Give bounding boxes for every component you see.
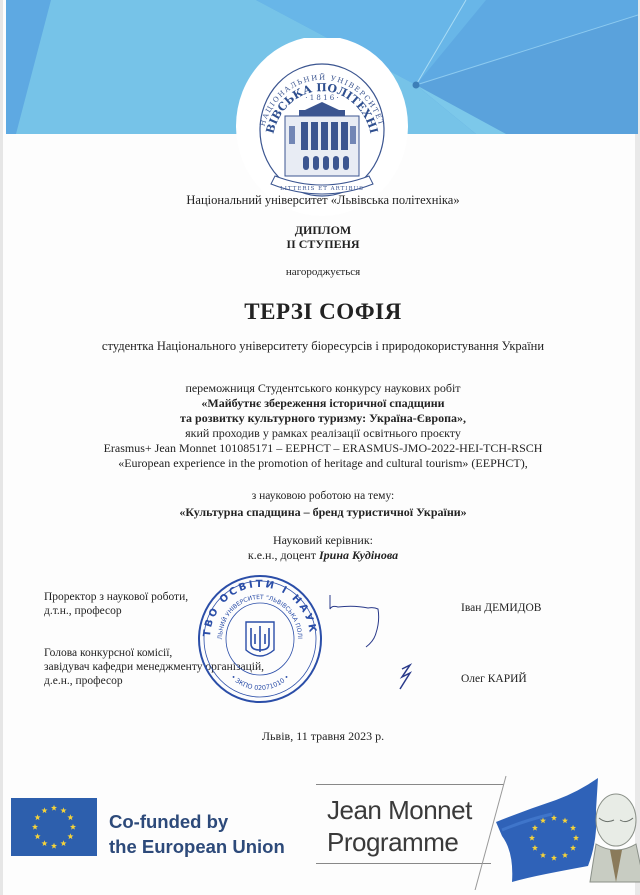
achievement-line: переможниця Студентського конкурсу науко… (3, 381, 640, 396)
recipient-name: ТЕРЗІ СОФІЯ (3, 299, 640, 325)
svg-text:LITTERIS ET ARTIBUS: LITTERIS ET ARTIBUS (280, 186, 364, 192)
signature-icon (318, 595, 438, 695)
signatory-1-position: Проректор з наукової роботи, д.т.н., про… (44, 590, 188, 618)
awarded-label: нагороджується (3, 266, 640, 278)
place-and-date: Львів, 11 травня 2023 р. (3, 729, 640, 744)
signatory-1-position-line2: д.т.н., професор (44, 604, 188, 618)
project-code: Erasmus+ Jean Monnet 101085171 – EEPHCT … (3, 441, 640, 456)
project-line1: який проходив у рамках реалізації освітн… (3, 426, 640, 441)
cofunded-label: Co-funded by the European Union (109, 809, 285, 859)
eu-flag-icon (11, 798, 97, 856)
university-name: Національний університет «Львівська полі… (3, 193, 640, 208)
signatory-2-name: Олег КАРИЙ (461, 673, 527, 685)
diploma-degree: II СТУПЕНЯ (3, 237, 640, 252)
project-title: «European experience in the promotion of… (3, 456, 640, 471)
official-stamp-icon: МІНІСТЕРСТВО ОСВІТИ І НАУКИ УКРАЇНИ НАЦІ… (196, 574, 324, 704)
cofunded-line1: Co-funded by (109, 809, 285, 834)
competition-title-line1: «Майбутнє збереження історичної спадщини (3, 396, 640, 411)
svg-text:• ЗКПО 02071010 •: • ЗКПО 02071010 • (229, 673, 291, 692)
recipient-affiliation: студентка Національного університету біо… (3, 339, 640, 354)
competition-title-line2: та розвитку культурного туризму: Україна… (3, 411, 640, 426)
topic-label: з науковою роботою на тему: (3, 490, 640, 502)
supervisor-title: к.е.н., доцент (248, 548, 319, 562)
university-crest-icon: НАЦІОНАЛЬНИЙ УНІВЕРСИТЕТ ЛЬВІВСЬКА ПОЛІТ… (235, 38, 410, 218)
cofunded-line2: the European Union (109, 834, 285, 859)
diploma-page: НАЦІОНАЛЬНИЙ УНІВЕРСИТЕТ ЛЬВІВСЬКА ПОЛІТ… (0, 0, 640, 895)
diploma-title: ДИПЛОМ (3, 223, 640, 238)
supervisor: к.е.н., доцент Ірина Кудінова (3, 548, 640, 563)
supervisor-name: Ірина Кудінова (319, 548, 398, 562)
signatory-1-position-line1: Проректор з наукової роботи, (44, 590, 188, 604)
supervisor-label: Науковий керівник: (3, 533, 640, 548)
jean-monnet-logo: Jean Monnet Programme (316, 784, 640, 884)
research-topic: «Культурна спадщина – бренд туристичної … (3, 505, 640, 520)
svg-text:· 1 8 1 6 ·: · 1 8 1 6 · (305, 94, 338, 102)
signatory-1-name: Іван ДЕМИДОВ (461, 602, 541, 614)
waving-eu-flag-portrait-icon (316, 770, 640, 890)
